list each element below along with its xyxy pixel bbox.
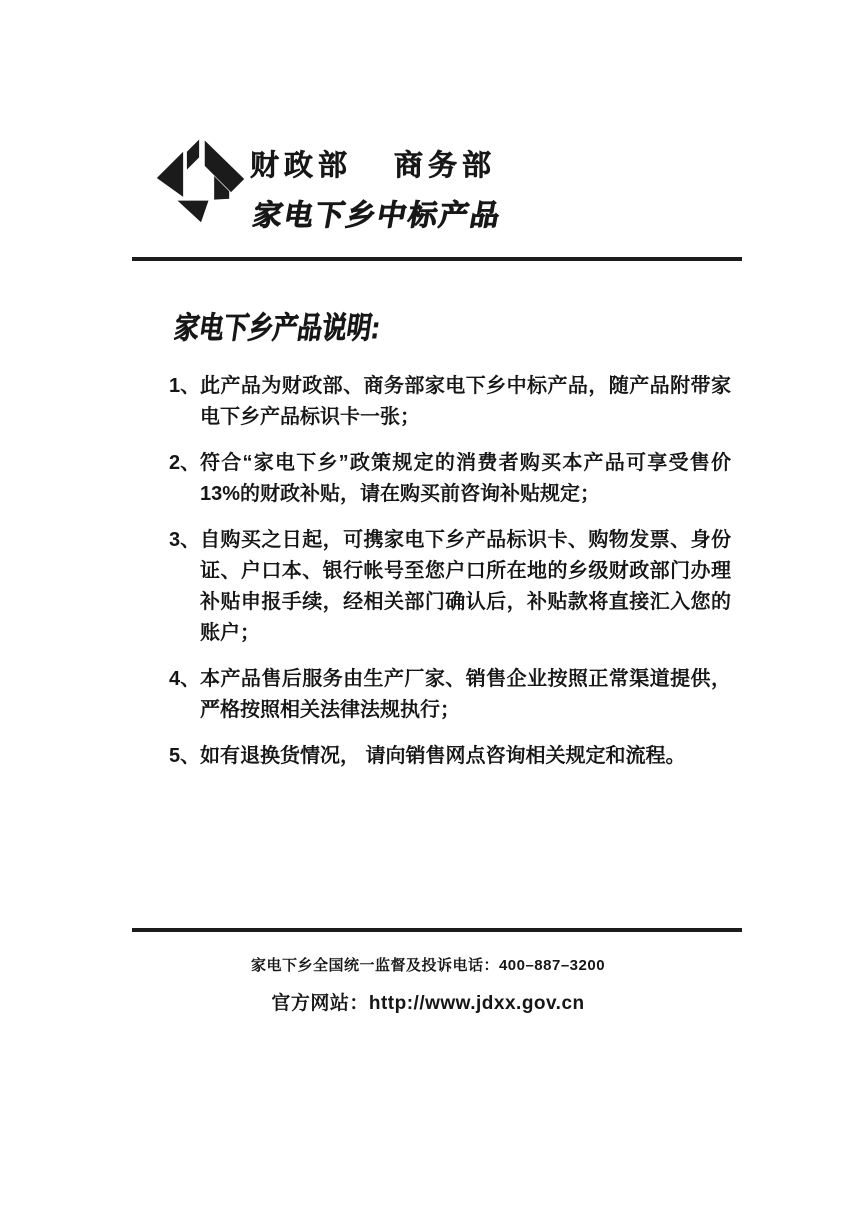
item-number: 1、 [169, 371, 200, 433]
logo-shard [187, 140, 199, 170]
logo-shard [205, 140, 244, 192]
item-text: 自购买之日起，可携家电下乡产品标识卡、购物发票、身份证、户口本、银行帐号至您户口… [200, 525, 731, 649]
ministry-finance-label: 财政部 [250, 143, 352, 184]
hotline-text: 家电下乡全国统一监督及投诉电话：400–887–3200 [132, 956, 724, 976]
product-notes-list: 1、 此产品为财政部、商务部家电下乡中标产品，随产品附带家电下乡产品标识卡一张；… [169, 371, 744, 787]
list-item: 2、 符合“家电下乡”政策规定的消费者购买本产品可享受售价13%的财政补贴，请在… [169, 448, 744, 510]
document-page: 财政部 商务部 家电下乡中标产品 家电下乡产品说明: 1、 此产品为财政部、商务… [0, 0, 852, 1231]
footer: 家电下乡全国统一监督及投诉电话：400–887–3200 官方网站：http:/… [132, 956, 724, 1015]
list-item: 4、 本产品售后服务由生产厂家、销售企业按照正常渠道提供，严格按照相关法律法规执… [169, 664, 744, 726]
list-item: 1、 此产品为财政部、商务部家电下乡中标产品，随产品附带家电下乡产品标识卡一张； [169, 371, 744, 433]
item-number: 3、 [169, 525, 200, 649]
item-number: 4、 [169, 664, 200, 726]
item-text: 符合“家电下乡”政策规定的消费者购买本产品可享受售价13%的财政补贴，请在购买前… [200, 448, 731, 510]
program-title: 家电下乡中标产品 [250, 193, 505, 234]
header-titles: 财政部 商务部 家电下乡中标产品 [250, 143, 498, 234]
ministry-commerce-label: 商务部 [394, 143, 496, 184]
item-text: 本产品售后服务由生产厂家、销售企业按照正常渠道提供，严格按照相关法律法规执行； [200, 664, 731, 726]
website-text: 官方网站：http://www.jdxx.gov.cn [132, 988, 724, 1015]
top-divider-rule [132, 257, 742, 261]
item-text: 此产品为财政部、商务部家电下乡中标产品，随产品附带家电下乡产品标识卡一张； [200, 371, 731, 433]
item-number: 2、 [169, 448, 200, 510]
logo-shard [157, 152, 183, 197]
section-heading: 家电下乡产品说明: [172, 303, 383, 347]
jiadian-xiaxiang-logo-icon [154, 132, 248, 226]
list-item: 5、 如有退换货情况， 请向销售网点咨询相关规定和流程。 [169, 741, 744, 772]
bottom-divider-rule [132, 928, 742, 932]
list-item: 3、 自购买之日起，可携家电下乡产品标识卡、购物发票、身份证、户口本、银行帐号至… [169, 525, 744, 649]
item-number: 5、 [169, 741, 200, 772]
item-text: 如有退换货情况， 请向销售网点咨询相关规定和流程。 [200, 741, 731, 772]
ministry-names: 财政部 商务部 [250, 143, 498, 184]
logo-shard [178, 201, 209, 223]
